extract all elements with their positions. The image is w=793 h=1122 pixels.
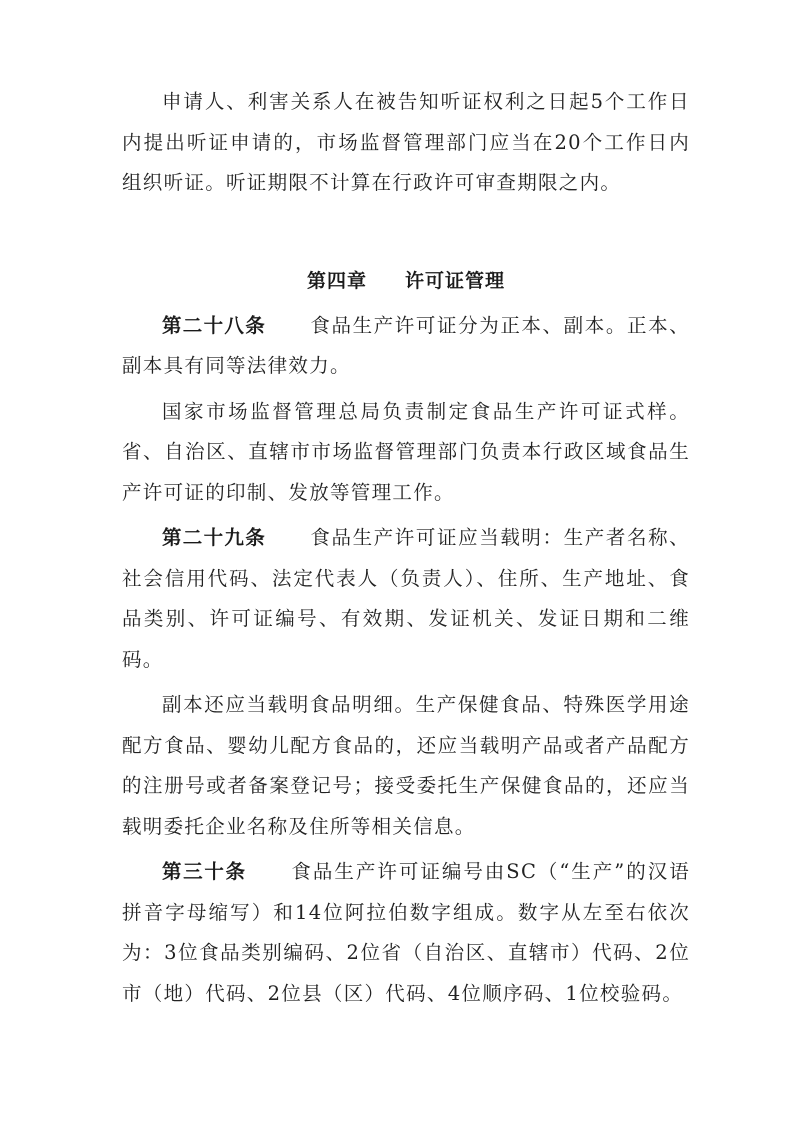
chapter-number: 第四章 (307, 270, 367, 292)
article-28: 第二十八条食品生产许可证分为正本、副本。正本、副本具有同等法律效力。 (122, 306, 690, 387)
document-page: 申请人、利害关系人在被告知听证权利之日起5个工作日内提出听证申请的，市场监督管理… (122, 82, 690, 1014)
article-29: 第二十九条食品生产许可证应当载明：生产者名称、社会信用代码、法定代表人（负责人）… (122, 518, 690, 680)
article-title: 第三十条 (162, 860, 247, 883)
chapter-title: 许可证管理 (405, 270, 505, 292)
article-30: 第三十条食品生产许可证编号由SC（“生产”的汉语拼音字母缩写）和14位阿拉伯数字… (122, 852, 690, 1014)
paragraph-hearing-period: 申请人、利害关系人在被告知听证权利之日起5个工作日内提出听证申请的，市场监督管理… (122, 82, 690, 204)
article-29-paragraph-2: 副本还应当载明食品明细。生产保健食品、特殊医学用途配方食品、婴幼儿配方食品的，还… (122, 685, 690, 847)
article-title: 第二十九条 (162, 526, 266, 549)
article-28-paragraph-2: 国家市场监督管理总局负责制定食品生产许可证式样。省、自治区、直辖市市场监督管理部… (122, 392, 690, 514)
chapter-heading: 第四章许可证管理 (122, 261, 690, 301)
article-title: 第二十八条 (162, 314, 266, 337)
